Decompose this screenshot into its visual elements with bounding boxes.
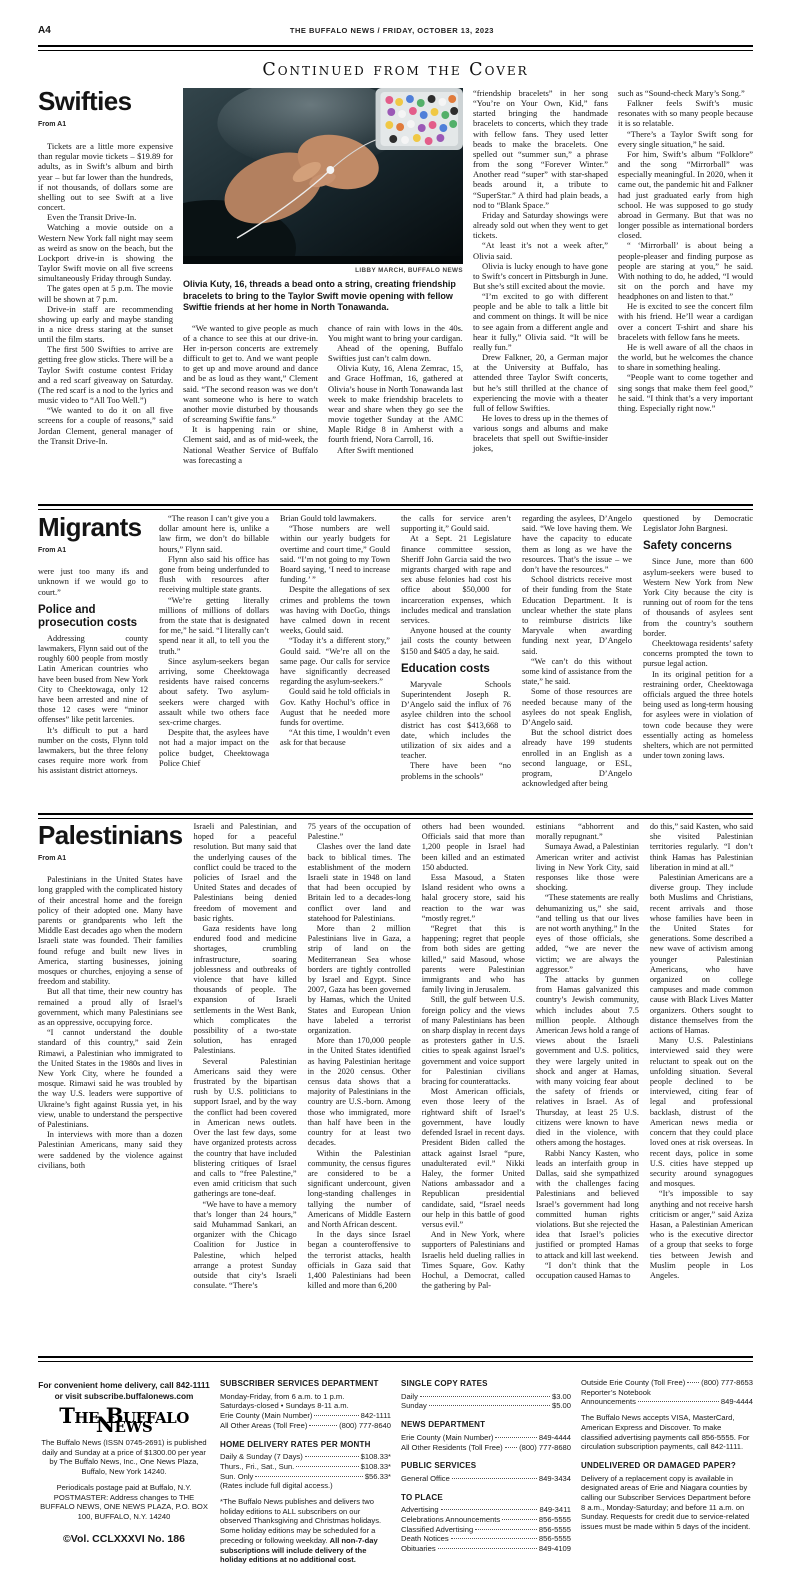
service-line: Erie County (Main Number)842-1111 (220, 1411, 391, 1421)
service-number: $56.33* (365, 1472, 391, 1482)
article-paragraph: But all that time, their new country has… (38, 987, 183, 1028)
article-paragraph: There have been “no problems in the scho… (401, 761, 511, 781)
article-paragraph: “The reason I can’t give you a dollar am… (159, 514, 269, 555)
article-paragraph: regarding the asylees, D’Angelo said. “W… (522, 514, 632, 575)
article-paragraph: Many U.S. Palestinians interviewed said … (650, 1036, 753, 1189)
article-subhead: Police and prosecution costs (38, 604, 148, 630)
article-paragraph: Olivia is lucky enough to have gone to S… (473, 261, 608, 291)
service-line: General Office849-3434 (401, 1474, 571, 1484)
service-label: Erie County (Main Number) (220, 1411, 312, 1421)
article-paragraph: “I’m excited to go with different people… (473, 291, 608, 352)
migrants-column-2: “The reason I can’t give you a dollar am… (159, 514, 269, 810)
service-line: Announcements849-4444 (581, 1397, 753, 1407)
article-paragraph: Falkner feels Swift’s music resonates wi… (618, 98, 753, 128)
continued-banner: Continued from the Cover (38, 60, 753, 80)
article-paragraph: Gaza residents have long endured food an… (194, 924, 297, 1057)
service-number: $108.33* (361, 1452, 391, 1462)
service-label: Daily & Sunday (7 Days) (220, 1452, 303, 1462)
dotted-leader (305, 1456, 359, 1457)
article-paragraph: Palestinians in the United States have l… (38, 875, 183, 987)
swifties-column-4: “friendship bracelets” in her song “You’… (473, 88, 608, 506)
article-paragraph: Anyone housed at the county jail costs t… (401, 626, 511, 657)
dotted-leader (296, 1466, 358, 1467)
article-paragraph: Gould said he told officials in Gov. Kat… (280, 687, 390, 728)
single-copy-rates-lines: Daily$3.00Sunday$5.00 (401, 1392, 571, 1411)
service-line: All Other Residents (Toll Free)(800) 777… (401, 1443, 571, 1453)
single-copy-rates-heading: SINGLE COPY RATES (401, 1379, 571, 1389)
article-paragraph: Sumaya Awad, a Palestinian American writ… (536, 842, 639, 893)
article-paragraph: Since June, more than 600 asylum-seekers… (643, 557, 753, 639)
palestinians-column-1: Palestinians From A1 Palestinians in the… (38, 822, 183, 1350)
palestinians-column-2: Israeli and Palestinian, and hoped for a… (194, 822, 297, 1350)
article-paragraph: Despite that, the asylees have not had a… (159, 728, 269, 769)
article-paragraph: others had been wounded. Officials said … (422, 822, 525, 873)
to-place-heading: TO PLACE (401, 1493, 571, 1503)
article-paragraph: It is happening rain or shine, Clement s… (183, 424, 318, 465)
palestinians-column-3: 75 years of the occupation of Palestine.… (308, 822, 411, 1350)
folio: A4 THE BUFFALO NEWS / FRIDAY, OCTOBER 13… (38, 25, 753, 36)
service-line: Reporter’s Notebook (581, 1388, 753, 1398)
migrants-from-line: From A1 (38, 546, 148, 556)
article-paragraph: Ahead of the opening, Buffalo Swifties j… (328, 343, 463, 363)
article-paragraph: “It’s impossible to say anything and not… (650, 1189, 753, 1281)
article-paragraph: “There’s a Taylor Swift song for every s… (618, 129, 753, 149)
service-label: All Other Areas (Toll Free) (220, 1421, 307, 1431)
news-department-heading: NEWS DEPARTMENT (401, 1420, 571, 1430)
article-paragraph: “Today it’s a different story,” Gould sa… (280, 636, 390, 687)
article-paragraph: Tickets are a little more expensive than… (38, 141, 173, 212)
article-paragraph: “We’re getting literally millions of mil… (159, 596, 269, 657)
payments-note: The Buffalo News accepts VISA, MasterCar… (581, 1413, 753, 1452)
migrants-column-5: regarding the asylees, D’Angelo said. “W… (522, 514, 632, 810)
article-paragraph: More than 170,000 people in the United S… (308, 1036, 411, 1148)
article-paragraph: Still, the gulf between U.S. foreign pol… (422, 995, 525, 1087)
dotted-leader (451, 1538, 537, 1539)
article-paragraph: Despite the allegations of sex crimes an… (280, 585, 390, 636)
service-label: Thurs., Fri., Sat., Sun. (220, 1462, 294, 1472)
palestinians-column-4: others had been wounded. Officials said … (422, 822, 525, 1350)
migrants-column-1-text: were just too many ifs and unknown if we… (38, 567, 148, 776)
article-paragraph: Within the Palestinian community, the ce… (308, 1149, 411, 1231)
masthead-dateline: THE BUFFALO NEWS / FRIDAY, OCTOBER 13, 2… (51, 26, 733, 35)
service-label: Sun. Only (220, 1472, 253, 1482)
page-number: A4 (38, 25, 51, 36)
service-line: Erie County (Main Number)849-4444 (401, 1433, 571, 1443)
swifties-column-2: “We wanted to give people as much of a c… (183, 323, 318, 506)
service-label: Daily (401, 1392, 418, 1402)
article-paragraph: Flynn also said his office has gone from… (159, 555, 269, 596)
news-department-lines: Erie County (Main Number)849-4444All Oth… (401, 1433, 571, 1452)
article-paragraph: “We wanted to do it on all five screens … (38, 405, 173, 446)
article-subhead: Education costs (401, 663, 511, 676)
article-paragraph: Clashes over the land date back to bibli… (308, 842, 411, 924)
article-paragraph: “At this time, I wouldn’t even ask for t… (280, 728, 390, 748)
palestinians-headline: Palestinians (38, 822, 183, 849)
swifties-column-3: chance of rain with lows in the 40s. You… (328, 323, 463, 506)
swifties-photo-block: LIBBY MARCH, BUFFALO NEWS Olivia Kuty, 1… (183, 88, 463, 323)
article-paragraph: Drive-in staff are recommending showing … (38, 304, 173, 345)
article-paragraph: “Those numbers are well within our yearl… (280, 524, 390, 585)
article-paragraph: The attacks by gunmen from Hamas galvani… (536, 975, 639, 1148)
service-number: 842-1111 (361, 1411, 391, 1421)
article-paragraph: In the days since Israel began a counter… (308, 1230, 411, 1291)
service-label: Obituaries (401, 1544, 436, 1554)
article-paragraph: Watching a movie outside on a Western Ne… (38, 222, 173, 283)
service-line: Saturdays-closed • Sundays 8-11 a.m. (220, 1401, 391, 1411)
postmaster-statement: Periodicals postage paid at Buffalo, N.Y… (38, 1483, 210, 1522)
article-paragraph: Maryvale Schools Superintendent Joseph R… (401, 680, 511, 762)
section-divider (38, 813, 753, 819)
article-paragraph: Most American officials, even those leer… (422, 1087, 525, 1230)
article-paragraph: “We wanted to give people as much of a c… (183, 323, 318, 425)
article-paragraph: School districts receive most of their f… (522, 575, 632, 657)
public-services-heading: PUBLIC SERVICES (401, 1461, 571, 1471)
dotted-leader (502, 1519, 537, 1520)
article-paragraph: He is excited to see the concert film wi… (618, 301, 753, 342)
service-number: 856-5555 (539, 1515, 571, 1525)
article-paragraph: Since asylum-seekers began arriving, som… (159, 657, 269, 728)
service-number: 849-4109 (539, 1544, 571, 1554)
migrants-column-6: questioned by Democratic Legislator John… (643, 514, 753, 810)
service-line: Sunday$5.00 (401, 1401, 571, 1411)
article-palestinians: Palestinians From A1 Palestinians in the… (38, 822, 753, 1350)
dotted-leader (255, 1476, 362, 1477)
dotted-leader (495, 1437, 536, 1438)
footer-service-column: Outside Erie County (Toll Free)(800) 777… (581, 1378, 753, 1565)
service-line: Daily$3.00 (401, 1392, 571, 1402)
service-number: $5.00 (552, 1401, 571, 1411)
service-line: Death Notices856-5555 (401, 1534, 571, 1544)
threaded-bead (326, 166, 334, 174)
service-line: Monday-Friday, from 6 a.m. to 1 p.m. (220, 1392, 391, 1402)
swifties-headline: Swifties (38, 88, 173, 115)
service-line: Sun. Only$56.33* (220, 1472, 391, 1482)
undelivered-heading: UNDELIVERED OR DAMAGED PAPER? (581, 1461, 753, 1471)
service-label: Classified Advertising (401, 1525, 473, 1535)
article-paragraph: “friendship bracelets” in her song “You’… (473, 88, 608, 210)
service-label: Erie County (Main Number) (401, 1433, 493, 1443)
service-number: (800) 777-8640 (339, 1421, 391, 1431)
dotted-leader (420, 1396, 550, 1397)
article-paragraph: For him, Swift’s album “Folklore” and th… (618, 149, 753, 240)
article-paragraph: “We can’t do this without some kind of a… (522, 657, 632, 688)
home-delivery-line: For convenient home delivery, call 842-1… (38, 1380, 210, 1402)
service-label: Sunday (401, 1401, 427, 1411)
swifties-from-line: From A1 (38, 120, 173, 130)
article-migrants: Migrants From A1 were just too many ifs … (38, 514, 753, 810)
service-label: All Other Residents (Toll Free) (401, 1443, 503, 1453)
palestinians-from-line: From A1 (38, 854, 183, 864)
article-paragraph: Some of those resources are needed becau… (522, 687, 632, 728)
article-paragraph: In interviews with more than a dozen Pal… (38, 1130, 183, 1171)
swifties-column-5: such as “Sound-check Mary’s Song.”Falkne… (618, 88, 753, 506)
article-paragraph: Rabbi Nancy Kasten, who leads an interfa… (536, 1149, 639, 1261)
volume-number: ©Vol. CCLXXXVI No. 186 (38, 1535, 210, 1545)
migrants-column-4: the calls for service aren’t supporting … (401, 514, 511, 810)
article-paragraph: were just too many ifs and unknown if we… (38, 567, 148, 598)
palestinians-column-1-text: Palestinians in the United States have l… (38, 875, 183, 1171)
article-paragraph: At a Sept. 21 Legislature finance commit… (401, 534, 511, 626)
issn-statement: The Buffalo News (ISSN 0745-2691) is pub… (38, 1438, 210, 1477)
service-number: $3.00 (552, 1392, 571, 1402)
service-line: Advertising849-3411 (401, 1505, 571, 1515)
masthead-footer: For convenient home delivery, call 842-1… (38, 1378, 753, 1564)
article-paragraph: questioned by Democratic Legislator John… (643, 514, 753, 534)
footer-divider (38, 1356, 753, 1362)
article-paragraph: The first 500 Swifties to arrive are get… (38, 344, 173, 405)
service-number: 849-4444 (539, 1433, 571, 1443)
dotted-leader (687, 1382, 699, 1383)
article-paragraph: the calls for service aren’t supporting … (401, 514, 511, 534)
article-paragraph: After Swift mentioned (328, 445, 463, 455)
public-services-lines: General Office849-3434 (401, 1474, 571, 1484)
service-line: Celebrations Announcements856-5555 (401, 1515, 571, 1525)
home-delivery-rates-lines: Daily & Sunday (7 Days)$108.33*Thurs., F… (220, 1452, 391, 1491)
service-number: (800) 777-8680 (519, 1443, 571, 1453)
service-number: 856-5555 (539, 1525, 571, 1535)
dotted-leader (505, 1447, 517, 1448)
dotted-leader (452, 1478, 537, 1479)
photo-caption: Olivia Kuty, 16, threads a bead onto a s… (183, 279, 463, 314)
bracelet-photo (183, 88, 463, 264)
service-number: $108.33* (361, 1462, 391, 1472)
to-place-lines: Advertising849-3411Celebrations Announce… (401, 1505, 571, 1554)
table-edge (183, 256, 463, 264)
service-label: Outside Erie County (Toll Free) (581, 1378, 685, 1388)
dotted-leader (438, 1548, 537, 1549)
article-paragraph: “These statements are really dehumanizin… (536, 893, 639, 975)
footer-subscriber-column: SUBSCRIBER SERVICES DEPARTMENT Monday-Fr… (220, 1378, 391, 1565)
service-line: Classified Advertising856-5555 (401, 1525, 571, 1535)
subscriber-services-lines: Monday-Friday, from 6 a.m. to 1 p.m.Satu… (220, 1392, 391, 1431)
article-paragraph: Palestinian Americans are a diverse grou… (650, 873, 753, 1036)
home-delivery-rates-heading: HOME DELIVERY RATES PER MONTH (220, 1440, 391, 1450)
dotted-leader (314, 1415, 358, 1416)
article-paragraph: He loves to dress up in the themes of va… (473, 413, 608, 454)
dotted-leader (429, 1405, 550, 1406)
undelivered-note: Delivery of a replacement copy is availa… (581, 1474, 753, 1532)
newspaper-page: A4 THE BUFFALO NEWS / FRIDAY, OCTOBER 13… (0, 0, 792, 1584)
article-paragraph: More than 2 million Palestinians live in… (308, 924, 411, 1036)
migrants-column-3: Brian Gould told lawmakers.“Those number… (280, 514, 390, 810)
service-number: 856-5555 (539, 1534, 571, 1544)
dotted-leader (638, 1401, 719, 1402)
article-paragraph: The gates open at 5 p.m. The movie will … (38, 283, 173, 303)
subscriber-services-heading: SUBSCRIBER SERVICES DEPARTMENT (220, 1379, 391, 1389)
swifties-column-1: Swifties From A1 Tickets are a little mo… (38, 88, 173, 506)
article-paragraph: It’s difficult to put a hard number on t… (38, 726, 148, 777)
article-paragraph: estinians “abhorrent and morally repugna… (536, 822, 639, 842)
outside-county-lines: Outside Erie County (Toll Free)(800) 777… (581, 1378, 753, 1407)
article-paragraph: Addressing county lawmakers, Flynn said … (38, 634, 148, 726)
article-paragraph: “Regret that this is happening; regret t… (422, 924, 525, 995)
dotted-leader (475, 1529, 537, 1530)
header-rule (38, 45, 753, 51)
palestinians-column-6: do this,” said Kasten, who said she visi… (650, 822, 753, 1350)
article-paragraph: Cheektowaga residents’ safety concerns p… (643, 639, 753, 670)
article-swifties: Swifties From A1 Tickets are a little mo… (38, 88, 753, 506)
service-number: 849-4444 (721, 1397, 753, 1407)
article-paragraph: chance of rain with lows in the 40s. You… (328, 323, 463, 343)
service-line: (Rates include full digital access.) (220, 1481, 391, 1491)
holiday-editions-note: *The Buffalo News publishes and delivers… (220, 1497, 391, 1565)
service-label: Advertising (401, 1505, 439, 1515)
service-label: Death Notices (401, 1534, 449, 1544)
article-paragraph: “I cannot understand the double standard… (38, 1028, 183, 1130)
service-line: Obituaries849-4109 (401, 1544, 571, 1554)
footer-publisher-column: For convenient home delivery, call 842-1… (38, 1378, 210, 1565)
service-number: 849-3411 (539, 1505, 571, 1515)
article-paragraph: “ ‘Mirrorball’ is about being a people-p… (618, 240, 753, 301)
article-subhead: Safety concerns (643, 540, 753, 553)
article-paragraph: And in New York, where supporters of Pal… (422, 1230, 525, 1291)
article-paragraph: 75 years of the occupation of Palestine.… (308, 822, 411, 842)
service-line: All Other Areas (Toll Free)(800) 777-864… (220, 1421, 391, 1431)
buffalo-news-logo: The Buffalo News (38, 1411, 210, 1430)
palestinians-column-5: estinians “abhorrent and morally repugna… (536, 822, 639, 1350)
photo-credit: LIBBY MARCH, BUFFALO NEWS (183, 266, 463, 276)
service-line: Daily & Sunday (7 Days)$108.33* (220, 1452, 391, 1462)
article-paragraph: “I don’t think that the occupation cause… (536, 1261, 639, 1281)
article-paragraph: Drew Falkner, 20, a German major at the … (473, 352, 608, 413)
service-number: 849-3434 (539, 1474, 571, 1484)
article-paragraph: He is well aware of all the chaos in the… (618, 342, 753, 372)
service-line: Outside Erie County (Toll Free)(800) 777… (581, 1378, 753, 1388)
dotted-leader (441, 1509, 538, 1510)
article-paragraph: “We have to have a memory that’s longer … (194, 1200, 297, 1292)
article-paragraph: Brian Gould told lawmakers. (280, 514, 390, 524)
article-paragraph: Essa Masoud, a Staten Island resident wh… (422, 873, 525, 924)
article-paragraph: Even the Transit Drive-In. (38, 212, 173, 222)
migrants-column-1: Migrants From A1 were just too many ifs … (38, 514, 148, 810)
article-paragraph: Israeli and Palestinian, and hoped for a… (194, 822, 297, 924)
article-paragraph: But the school district does already hav… (522, 728, 632, 789)
service-label: Celebrations Announcements (401, 1515, 500, 1525)
article-paragraph: Friday and Saturday showings were alread… (473, 210, 608, 240)
swifties-column-1-text: Tickets are a little more expensive than… (38, 141, 173, 446)
article-paragraph: such as “Sound-check Mary’s Song.” (618, 88, 753, 98)
dotted-leader (309, 1425, 337, 1426)
service-line: Thurs., Fri., Sat., Sun.$108.33* (220, 1462, 391, 1472)
service-label: Announcements (581, 1397, 636, 1407)
article-paragraph: “At least it’s not a week after,” Olivia… (473, 240, 608, 260)
article-paragraph: In its original petition for a restraini… (643, 670, 753, 762)
article-paragraph: do this,” said Kasten, who said she visi… (650, 822, 753, 873)
article-paragraph: Olivia Kuty, 16, Alena Zemrac, 15, and G… (328, 363, 463, 444)
article-paragraph: Several Palestinian Americans said they … (194, 1057, 297, 1200)
migrants-headline: Migrants (38, 514, 148, 541)
footer-rates-column: SINGLE COPY RATES Daily$3.00Sunday$5.00 … (401, 1378, 571, 1565)
section-divider (38, 504, 753, 510)
service-number: (800) 777-8653 (701, 1378, 753, 1388)
article-paragraph: “People want to come together and sing s… (618, 372, 753, 413)
service-label: General Office (401, 1474, 450, 1484)
